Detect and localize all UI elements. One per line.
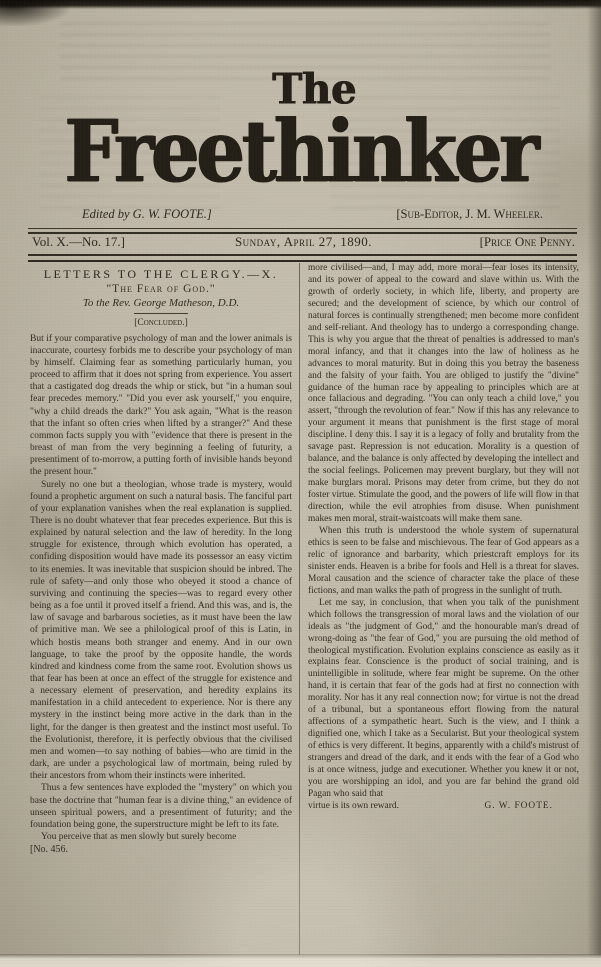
- article-columns: LETTERS TO THE CLERGY.—X. "The Fear of G…: [30, 263, 579, 955]
- issue-date: Sunday, April 27, 1890.: [197, 234, 411, 250]
- paragraph: When this truth is understood the whole …: [308, 526, 579, 598]
- newspaper-page-scan: The Freethinker Edited by G. W. FOOTE.] …: [0, 0, 601, 967]
- paragraph: Let me say, in conclusion, that when you…: [308, 598, 579, 801]
- sub-editor-credit: [Sub-Editor, J. M. Wheeler.: [396, 207, 543, 222]
- page-right-edge: [587, 0, 601, 967]
- concluded-tag: [Concluded.]: [30, 317, 292, 329]
- paragraph: But if your comparative psychology of ma…: [30, 333, 292, 479]
- author-signature: G. W. FOOTE.: [484, 801, 553, 813]
- article-headline: LETTERS TO THE CLERGY.—X.: [30, 268, 292, 280]
- binding-spine-shadow: [0, 0, 26, 967]
- headline-divider: [134, 313, 188, 314]
- left-column: LETTERS TO THE CLERGY.—X. "The Fear of G…: [30, 263, 300, 955]
- closing-line: virtue is its own reward. G. W. FOOTE.: [308, 801, 579, 813]
- page-bottom-edge: [0, 954, 601, 967]
- issue-number: [No. 456.: [30, 844, 292, 856]
- masthead-title-freethinker: Freethinker: [0, 98, 601, 206]
- paragraph: Surely no one but a theologian, whose tr…: [30, 479, 292, 783]
- article-subtitle: "The Fear of God.": [30, 283, 292, 295]
- paragraph: Thus a few sentences have exploded the "…: [30, 782, 292, 831]
- volume-number: Vol. X.—No. 17.]: [32, 234, 197, 250]
- price: [Price One Penny.: [410, 234, 575, 250]
- catchline: You perceive that as men slowly but sure…: [30, 831, 292, 843]
- closing-text: virtue is its own reward.: [308, 801, 399, 813]
- editor-credit: Edited by G. W. FOOTE.]: [82, 207, 212, 222]
- editor-line: Edited by G. W. FOOTE.] [Sub-Editor, J. …: [0, 207, 601, 222]
- page-top-edge: [0, 0, 601, 9]
- article-dedication: To the Rev. George Matheson, D.D.: [30, 297, 292, 309]
- paragraph: more civilised—and, I may add, more mora…: [308, 263, 579, 526]
- dateline-rule: [28, 254, 577, 262]
- dateline: Vol. X.—No. 17.] Sunday, April 27, 1890.…: [0, 234, 601, 250]
- right-column: more civilised—and, I may add, more mora…: [300, 263, 579, 955]
